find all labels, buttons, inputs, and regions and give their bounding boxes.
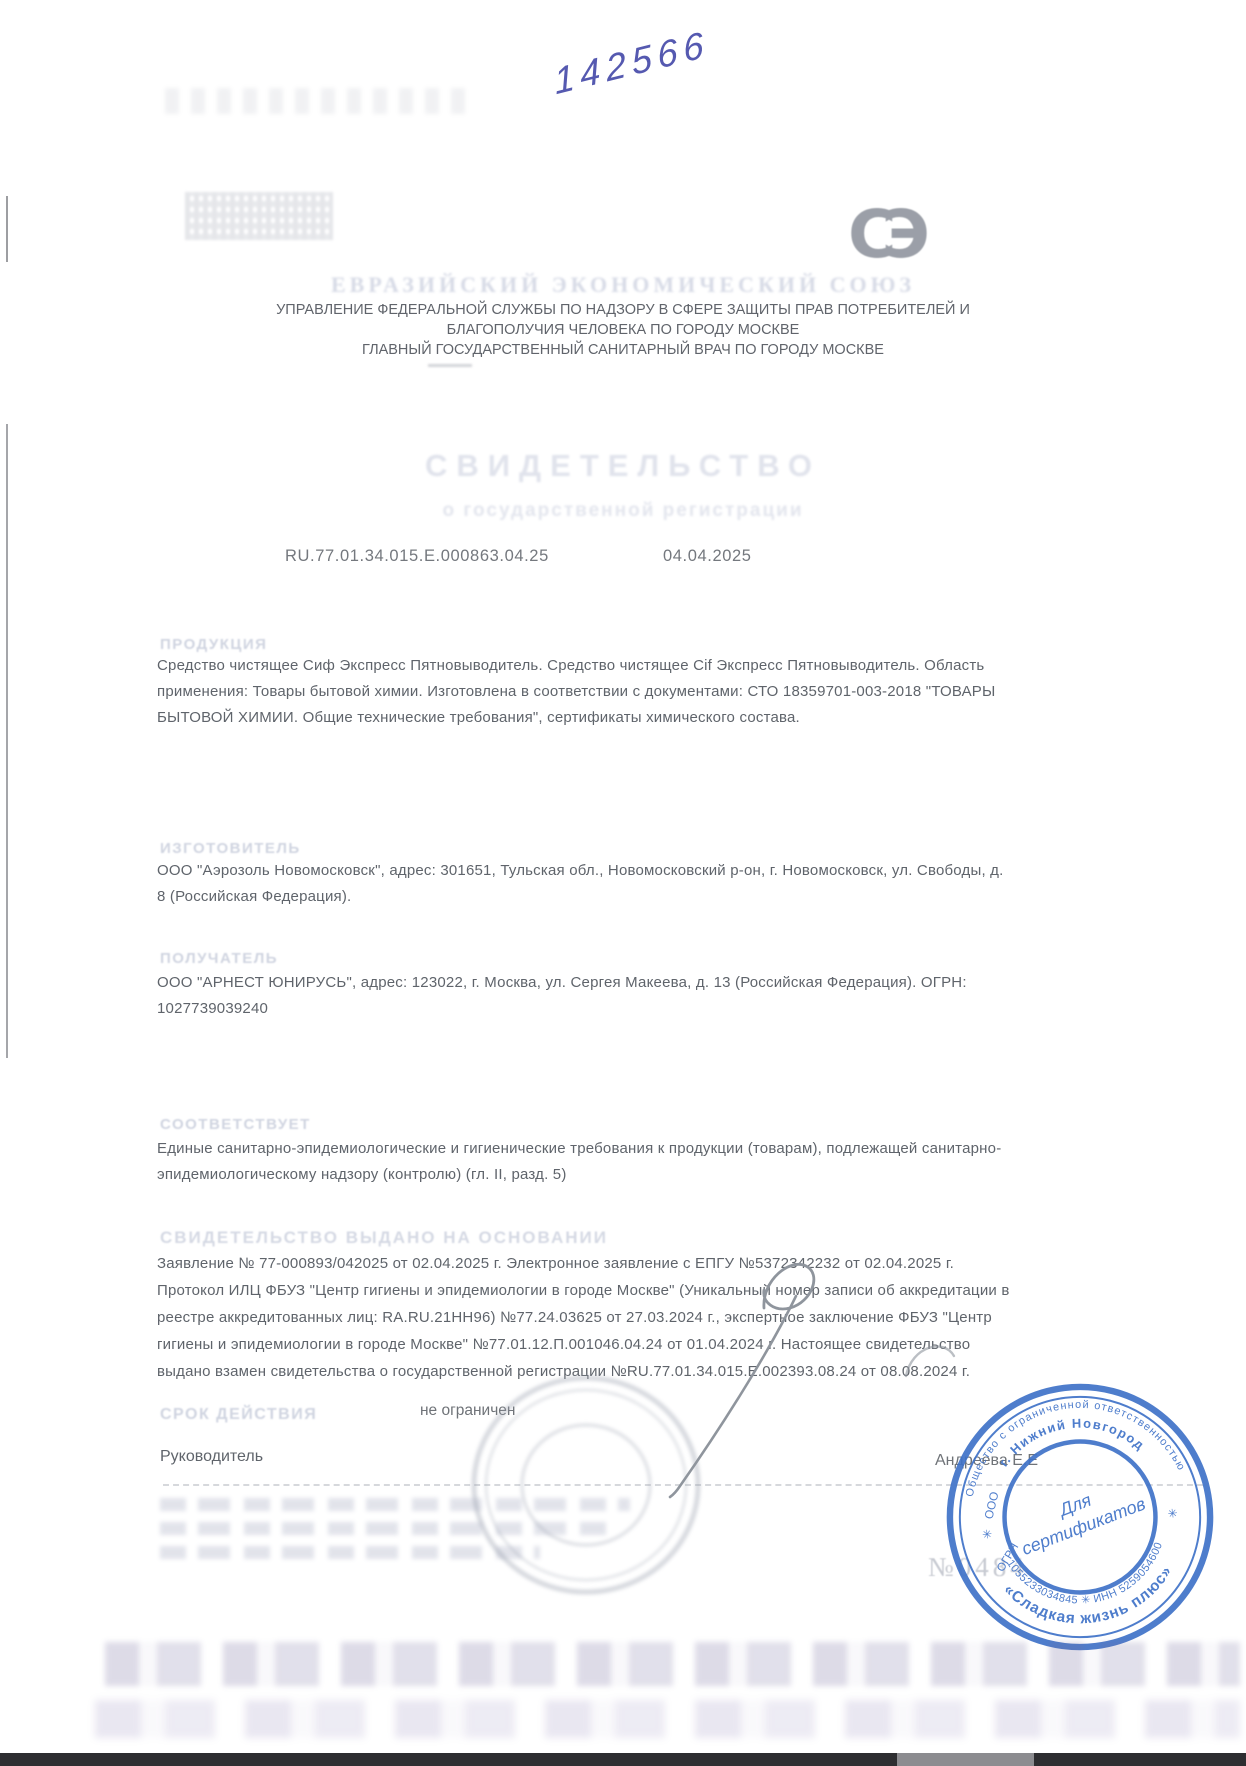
section-text-recipient: ООО "АРНЕСТ ЮНИРУСЬ", адрес: 123022, г. …	[157, 970, 1015, 1022]
faded-scan-artifact	[165, 88, 465, 114]
signature-stroke	[628, 1244, 868, 1504]
union-title: ЕВРАЗИЙСКИЙ ЭКОНОМИЧЕСКИЙ СОЮЗ	[0, 272, 1246, 298]
section-text-manufacturer: ООО "Аэрозоль Новомосковск", адрес: 3016…	[157, 858, 1015, 910]
section-label-recipient: ПОЛУЧАТЕЛЬ	[160, 950, 278, 967]
stamp-star-left: ✳	[981, 1527, 993, 1542]
section-text-basis: Заявление № 77-000893/042025 от 02.04.20…	[157, 1250, 1015, 1385]
section-label-complies: СООТВЕТСТВУЕТ	[160, 1116, 311, 1133]
logo-letter-e: Э	[881, 196, 929, 273]
faded-dash-artifact	[428, 364, 472, 367]
handwritten-number: 142566	[552, 23, 711, 104]
section-label-product: ПРОДУКЦИЯ	[160, 636, 267, 653]
scan-bottom-edge	[0, 1753, 1246, 1766]
signature-hook-stroke	[898, 1332, 962, 1388]
signer-role: Руководитель	[160, 1448, 263, 1466]
section-label-manufacturer: ИЗГОТОВИТЕЛЬ	[160, 840, 301, 857]
document-subtitle: о государственной регистрации	[0, 500, 1246, 522]
authority-line-1: УПРАВЛЕНИЕ ФЕДЕРАЛЬНОЙ СЛУЖБЫ ПО НАДЗОРУ…	[0, 300, 1246, 320]
registration-date: 04.04.2025	[663, 547, 752, 566]
authority-block: УПРАВЛЕНИЕ ФЕДЕРАЛЬНОЙ СЛУЖБЫ ПО НАДЗОРУ…	[0, 300, 1246, 360]
validity-label: СРОК ДЕЙСТВИЯ	[160, 1406, 317, 1424]
registration-number: RU.77.01.34.015.E.000863.04.25	[285, 547, 549, 566]
eaeu-se-logo-icon: СЭ	[848, 196, 930, 273]
faded-bottom-band-1	[105, 1642, 1240, 1686]
scan-edge-mark-top	[6, 196, 8, 262]
stamp-ooo-label: ООО	[982, 1490, 1002, 1520]
faded-barcode-artifact	[185, 192, 333, 240]
authority-line-3: ГЛАВНЫЙ ГОСУДАРСТВЕННЫЙ САНИТАРНЫЙ ВРАЧ …	[0, 340, 1246, 360]
section-label-basis: СВИДЕТЕЛЬСТВО ВЫДАНО НА ОСНОВАНИИ	[160, 1228, 608, 1248]
document-title: СВИДЕТЕЛЬСТВО	[0, 448, 1246, 484]
section-text-complies: Единые санитарно-эпидемиологические и ги…	[157, 1136, 1015, 1188]
company-stamp: Общество с ограниченной ответственностью…	[925, 1362, 1235, 1672]
authority-line-2: БЛАГОПОЛУЧИЯ ЧЕЛОВЕКА ПО ГОРОДУ МОСКВЕ	[0, 320, 1246, 340]
stamp-star-right: ✳	[1167, 1506, 1179, 1521]
section-text-product: Средство чистящее Сиф Экспресс Пятновыво…	[157, 653, 1015, 731]
faded-bottom-band-2	[95, 1700, 1240, 1738]
